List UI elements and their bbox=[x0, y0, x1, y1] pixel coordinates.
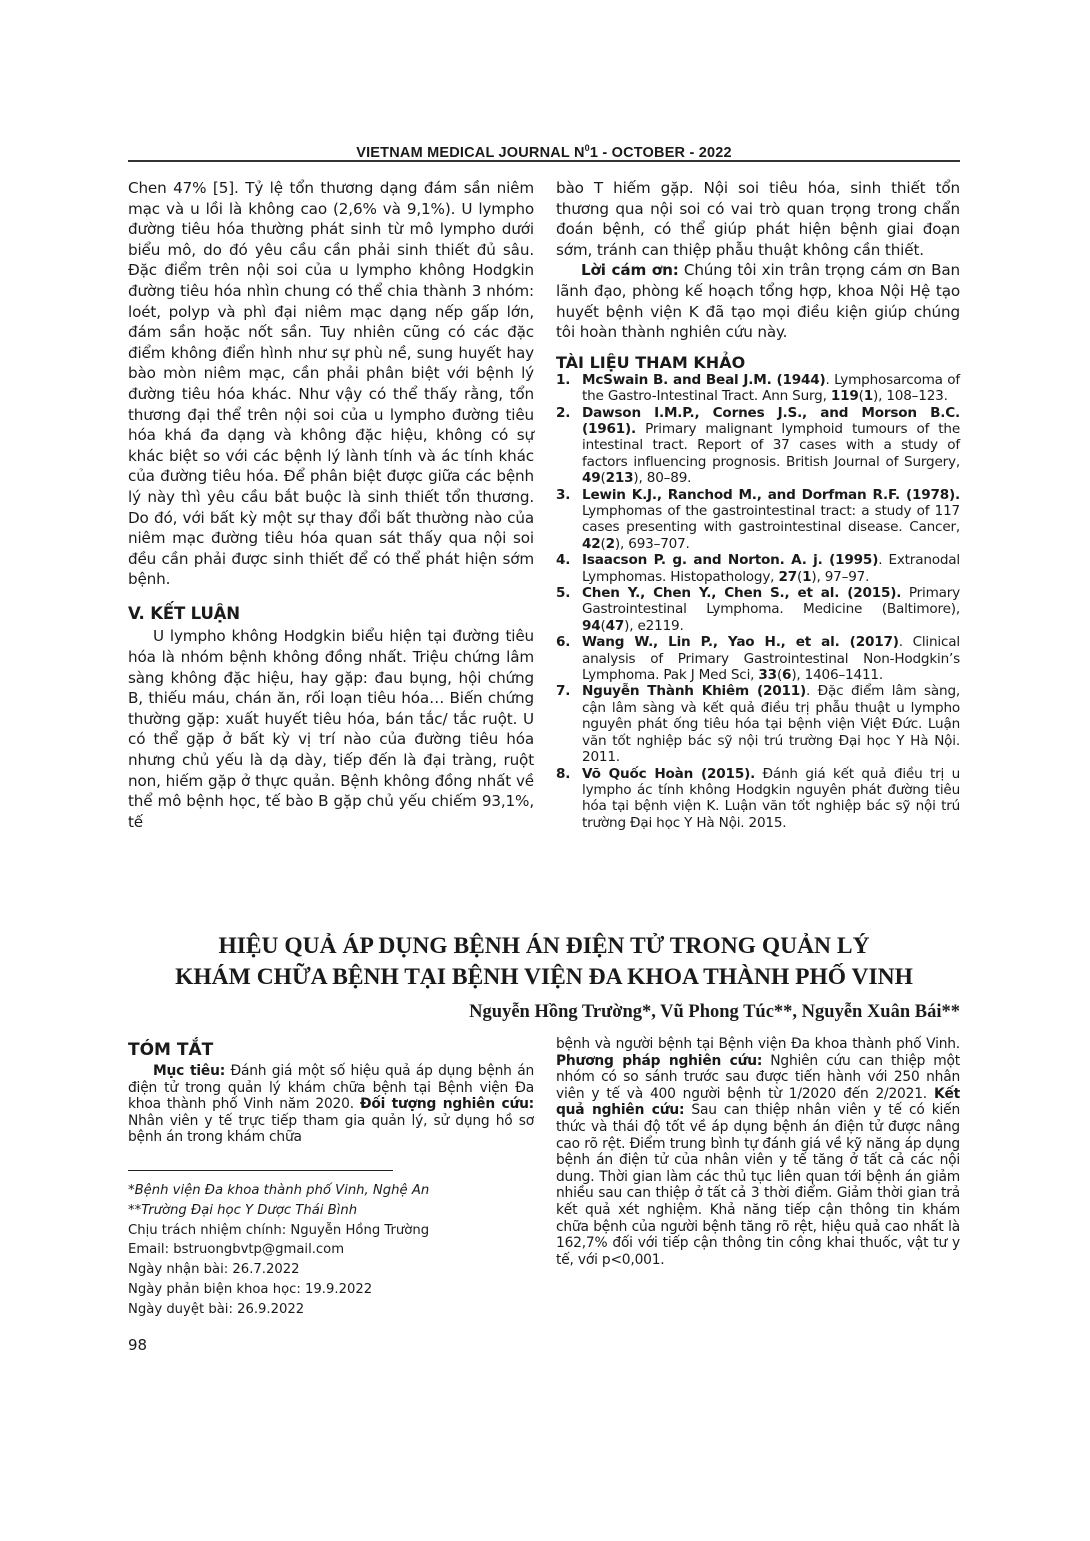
ref-issue: 213 bbox=[606, 470, 634, 486]
right-column: bào T hiếm gặp. Nội soi tiêu hóa, sinh t… bbox=[556, 178, 960, 831]
reference-item: 8.Võ Quốc Hoàn (2015). Đánh giá kết quả … bbox=[556, 766, 960, 832]
abstract-heading: TÓM TẮT bbox=[128, 1040, 534, 1060]
ref-number: 8. bbox=[556, 766, 570, 782]
methods-label: Phương pháp nghiên cứu: bbox=[556, 1053, 762, 1069]
journal-name: VIETNAM MEDICAL JOURNAL N bbox=[356, 145, 584, 161]
reference-item: 2.Dawson I.M.P., Cornes J.S., and Morson… bbox=[556, 405, 960, 487]
article-title: HIỆU QUẢ ÁP DỤNG BỆNH ÁN ĐIỆN TỬ TRONG Q… bbox=[128, 931, 960, 993]
ref-authors: Nguyễn Thành Khiêm (2011) bbox=[582, 683, 806, 699]
ref-authors: Lewin K.J., Ranchod M., and Dorfman R.F.… bbox=[582, 487, 960, 503]
header-rule bbox=[128, 160, 960, 162]
email: Email: bstruongbvtp@gmail.com bbox=[128, 1240, 538, 1260]
reference-item: 5.Chen Y., Chen Y., Chen S., et al. (201… bbox=[556, 585, 960, 634]
abstract-paragraph-cont: bệnh và người bệnh tại Bệnh viện Đa khoa… bbox=[556, 1036, 960, 1268]
corresponding-author: Chịu trách nhiệm chính: Nguyễn Hồng Trườ… bbox=[128, 1221, 538, 1241]
ref-number: 4. bbox=[556, 552, 570, 568]
affiliation-1: *Bệnh viện Đa khoa thành phố Vinh, Nghệ … bbox=[128, 1181, 538, 1201]
abstract-right-column: bệnh và người bệnh tại Bệnh viện Đa khoa… bbox=[556, 1036, 960, 1268]
conclusion-heading: V. KẾT LUẬN bbox=[128, 604, 534, 625]
ref-volume: 42 bbox=[582, 536, 601, 552]
article-title-line-1: HIỆU QUẢ ÁP DỤNG BỆNH ÁN ĐIỆN TỬ TRONG Q… bbox=[128, 931, 960, 962]
ref-pages: , 97–97. bbox=[816, 569, 869, 585]
ref-pages: , e2119. bbox=[629, 618, 683, 634]
ref-pages: , 108–123. bbox=[878, 388, 948, 404]
ref-pages: , 80–89. bbox=[639, 470, 692, 486]
ref-volume: 119 bbox=[831, 388, 859, 404]
ref-number: 1. bbox=[556, 372, 570, 388]
journal-page: VIETNAM MEDICAL JOURNAL N01 - OCTOBER - … bbox=[0, 0, 1090, 1541]
ref-text: Lymphomas of the gastrointestinal tract:… bbox=[582, 503, 960, 535]
ref-number: 5. bbox=[556, 585, 570, 601]
ref-pages: , 693–707. bbox=[620, 536, 690, 552]
reference-item: 3.Lewin K.J., Ranchod M., and Dorfman R.… bbox=[556, 487, 960, 553]
left-column: Chen 47% [5]. Tỷ lệ tổn thương dạng đám … bbox=[128, 178, 534, 832]
article-title-line-2: KHÁM CHỮA BỆNH TẠI BỆNH VIỆN ĐA KHOA THÀ… bbox=[128, 962, 960, 993]
ref-authors: Wang W., Lin P., Yao H., et al. (2017) bbox=[582, 634, 899, 650]
journal-issue: 1 - OCTOBER - 2022 bbox=[590, 145, 732, 161]
ref-issue: 2 bbox=[606, 536, 615, 552]
abstract-left-column: TÓM TẮT Mục tiêu: Đánh giá một số hiệu q… bbox=[128, 1040, 534, 1146]
abstract-paragraph: Mục tiêu: Đánh giá một số hiệu quả áp dụ… bbox=[128, 1063, 534, 1146]
conclusion-paragraph: U lympho không Hodgkin biểu hiện tại đườ… bbox=[128, 626, 534, 832]
ref-issue: 47 bbox=[606, 618, 625, 634]
ref-volume: 27 bbox=[778, 569, 797, 585]
ref-number: 7. bbox=[556, 683, 570, 699]
references-list: 1.McSwain B. and Beal J.M. (1944). Lymph… bbox=[556, 372, 960, 831]
subjects-text: Nhân viên y tế trực tiếp tham gia quản l… bbox=[128, 1113, 534, 1146]
ref-authors: Isaacson P. g. and Norton. A. j. (1995) bbox=[582, 552, 878, 568]
reference-item: 1.McSwain B. and Beal J.M. (1944). Lymph… bbox=[556, 372, 960, 405]
reference-item: 4.Isaacson P. g. and Norton. A. j. (1995… bbox=[556, 552, 960, 585]
ref-number: 6. bbox=[556, 634, 570, 650]
accepted-date: Ngày duyệt bài: 26.9.2022 bbox=[128, 1300, 538, 1320]
ref-volume: 94 bbox=[582, 618, 601, 634]
conclusion-paragraph-cont: bào T hiếm gặp. Nội soi tiêu hóa, sinh t… bbox=[556, 178, 960, 260]
reviewed-date: Ngày phản biện khoa học: 19.9.2022 bbox=[128, 1280, 538, 1300]
page-number: 98 bbox=[128, 1336, 147, 1354]
discussion-paragraph: Chen 47% [5]. Tỷ lệ tổn thương dạng đám … bbox=[128, 178, 534, 590]
received-date: Ngày nhận bài: 26.7.2022 bbox=[128, 1260, 538, 1280]
reference-item: 6.Wang W., Lin P., Yao H., et al. (2017)… bbox=[556, 634, 960, 683]
ref-issue: 1 bbox=[864, 388, 873, 404]
ref-issue: 1 bbox=[802, 569, 811, 585]
ref-number: 2. bbox=[556, 405, 570, 421]
subjects-label: Đối tượng nghiên cứu: bbox=[360, 1096, 534, 1112]
subjects-text-cont: bệnh và người bệnh tại Bệnh viện Đa khoa… bbox=[556, 1036, 960, 1052]
footnote-rule bbox=[128, 1170, 393, 1171]
ref-pages: , 1406–1411. bbox=[796, 667, 883, 683]
results-text: Sau can thiệp nhân viên y tế có kiến thứ… bbox=[556, 1102, 960, 1267]
acknowledgement-label: Lời cám ơn: bbox=[581, 261, 679, 279]
footnotes: *Bệnh viện Đa khoa thành phố Vinh, Nghệ … bbox=[128, 1181, 538, 1320]
objective-label: Mục tiêu: bbox=[153, 1063, 225, 1079]
running-header: VIETNAM MEDICAL JOURNAL N01 - OCTOBER - … bbox=[128, 143, 960, 161]
reference-item: 7.Nguyễn Thành Khiêm (2011). Đặc điểm lâ… bbox=[556, 683, 960, 765]
references-heading: TÀI LIỆU THAM KHẢO bbox=[556, 353, 960, 372]
affiliation-2: **Trường Đại học Y Dược Thái Bình bbox=[128, 1201, 538, 1221]
ref-authors: Võ Quốc Hoàn (2015). bbox=[582, 766, 755, 782]
ref-issue: 6 bbox=[782, 667, 791, 683]
ref-text: Primary malignant lymphoid tumours of th… bbox=[582, 421, 960, 470]
ref-authors: McSwain B. and Beal J.M. (1944) bbox=[582, 372, 826, 388]
ref-number: 3. bbox=[556, 487, 570, 503]
article-authors: Nguyễn Hồng Trường*, Vũ Phong Túc**, Ngu… bbox=[469, 1002, 960, 1023]
ref-authors: Chen Y., Chen Y., Chen S., et al. (2015)… bbox=[582, 585, 901, 601]
ref-volume: 33 bbox=[758, 667, 777, 683]
acknowledgement-paragraph: Lời cám ơn: Chúng tôi xin trân trọng cám… bbox=[556, 260, 960, 342]
ref-volume: 49 bbox=[582, 470, 601, 486]
